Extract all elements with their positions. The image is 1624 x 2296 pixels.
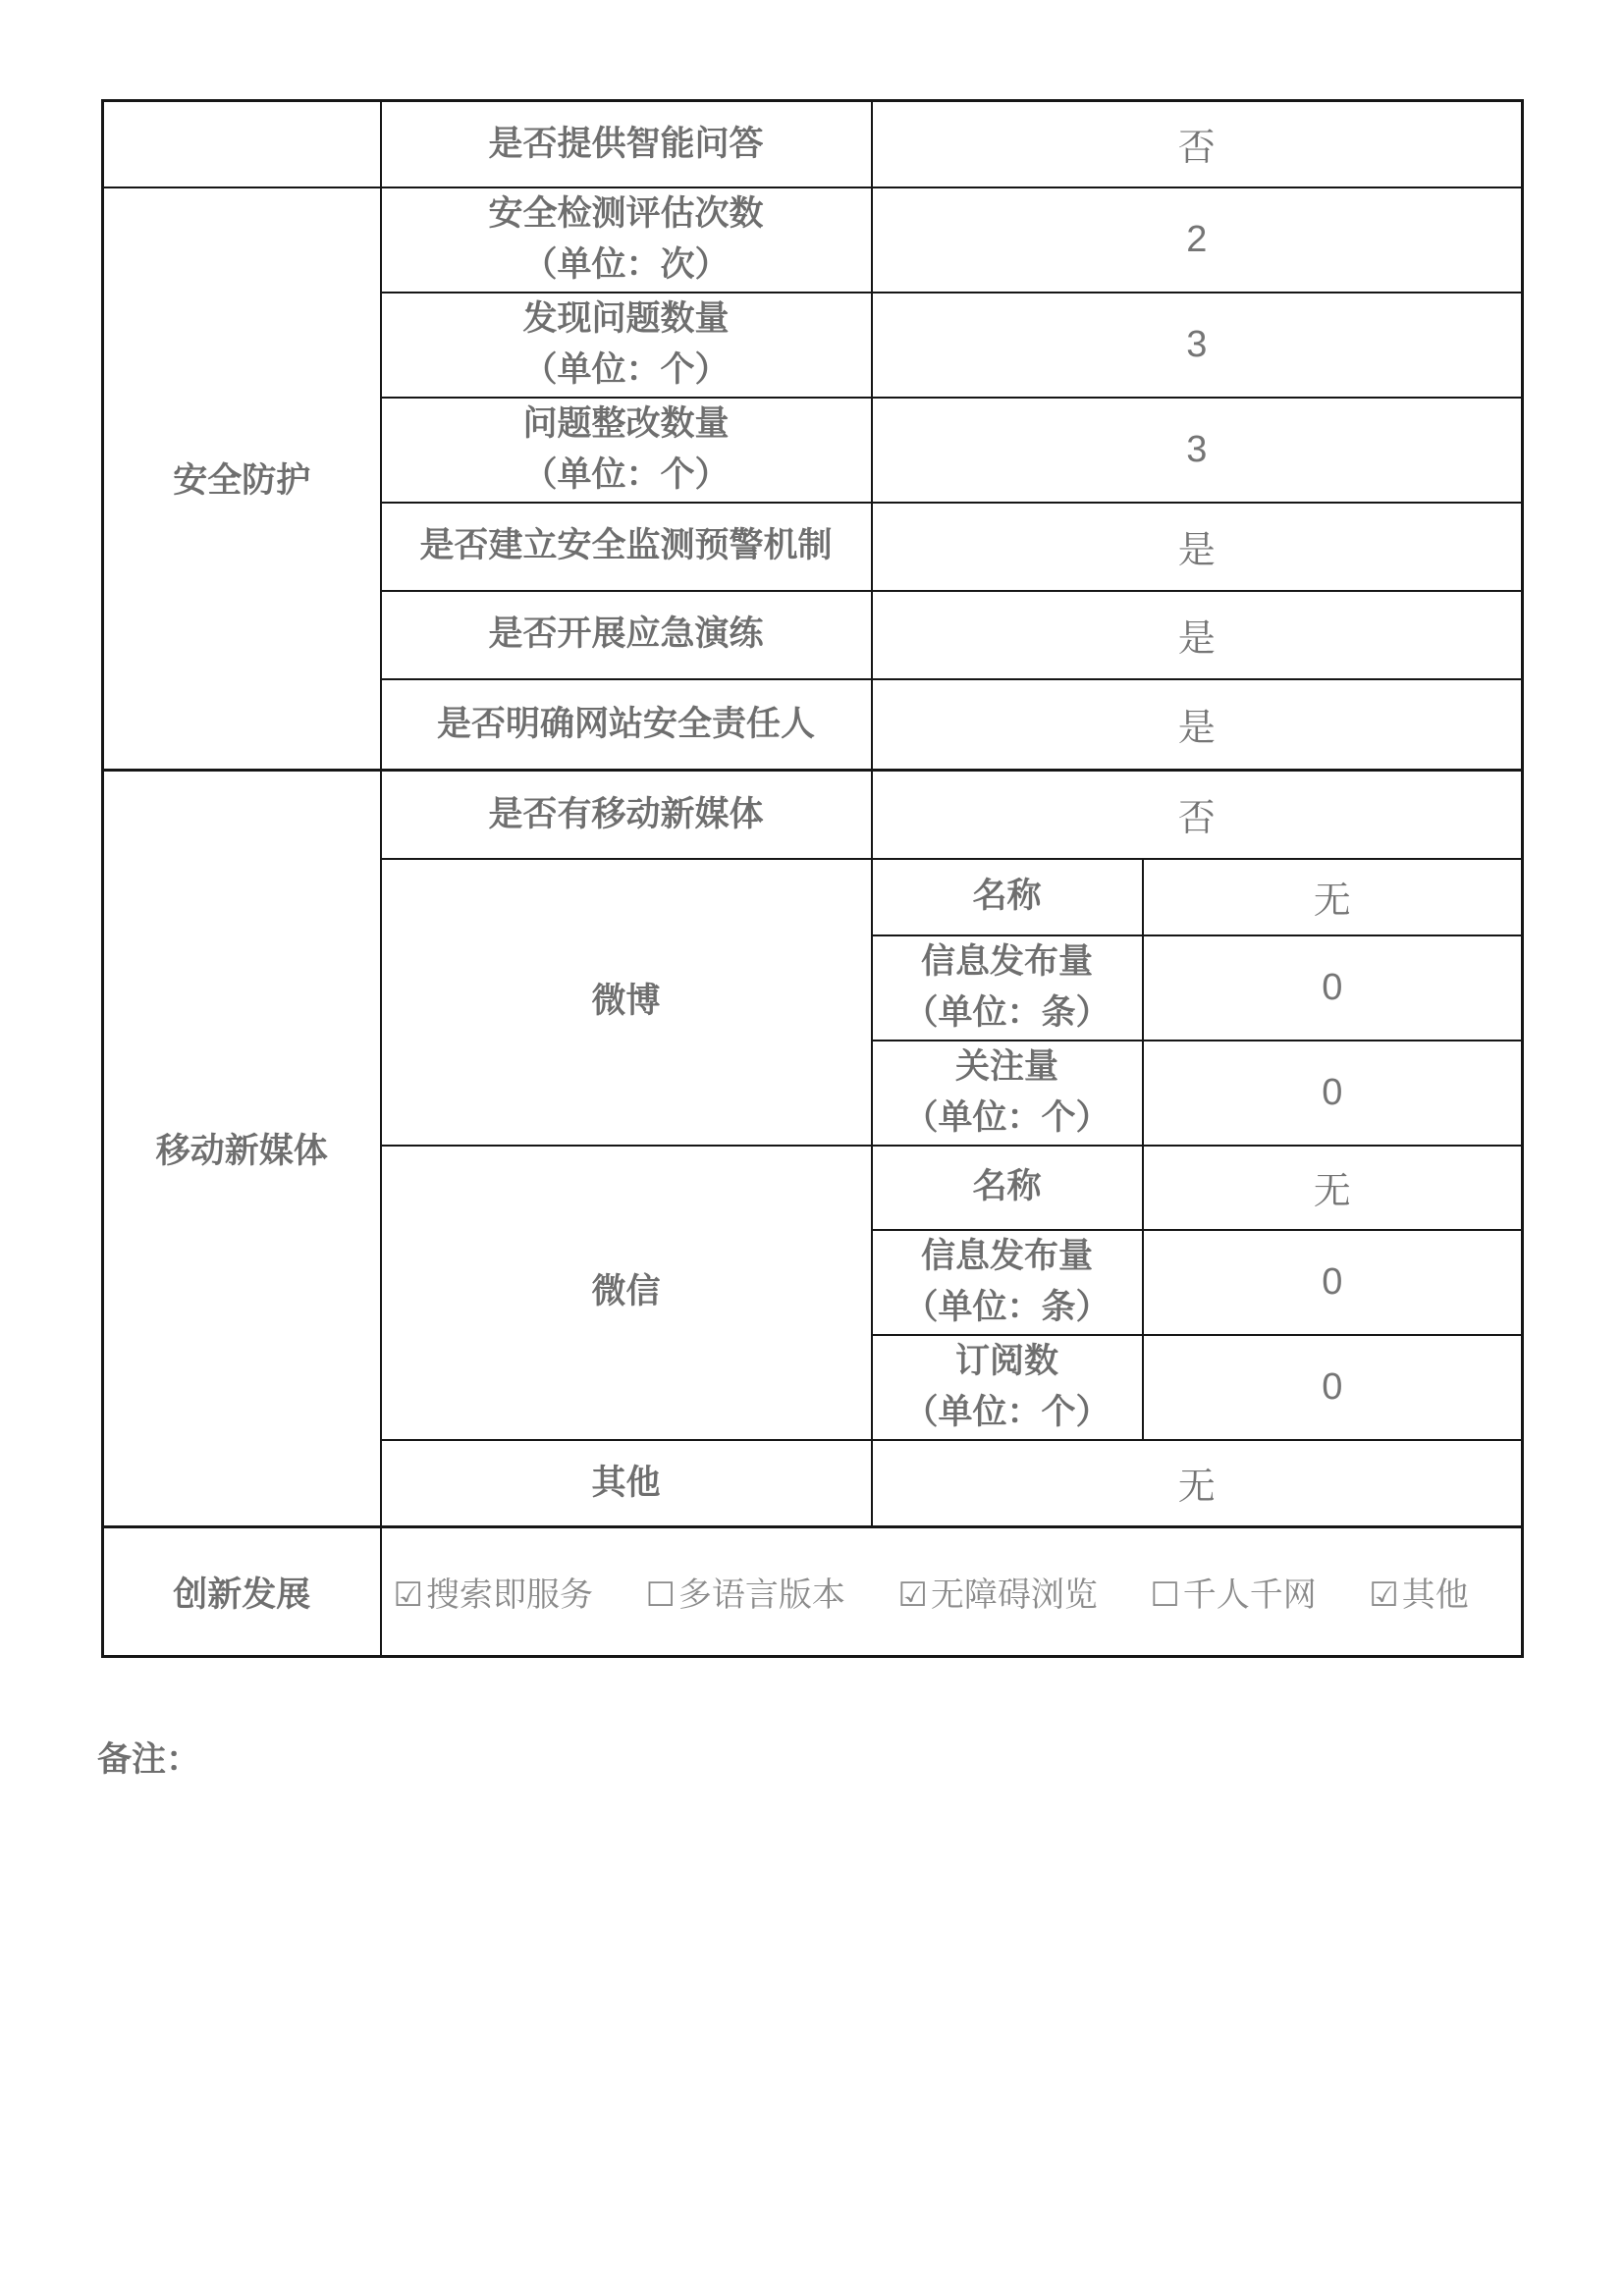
option-accessibility: ☑无障碍浏览 xyxy=(897,1576,1097,1614)
row-value-issues-fixed: 3 xyxy=(872,398,1523,503)
row-value-issues-found: 3 xyxy=(872,293,1523,398)
option-label: 无障碍浏览 xyxy=(931,1576,1098,1614)
checkbox-unchecked-icon: ☐ xyxy=(645,1576,675,1614)
innovation-other-note: 适老化改造 xyxy=(1522,1576,1523,1614)
sub-value-weibo-followers: 0 xyxy=(1143,1041,1523,1146)
sub-value-wechat-subscribers: 0 xyxy=(1143,1335,1523,1440)
annual-report-table: 是否提供智能问答 否 安全防护 安全检测评估次数 （单位：次） 2 发现问题数量… xyxy=(101,99,1524,1658)
remarks-label: 备注： xyxy=(97,1733,200,1782)
option-personalized: ☐千人千网 xyxy=(1150,1576,1316,1614)
row-label-issues-found: 发现问题数量 （单位：个） xyxy=(381,293,872,398)
option-label: 多语言版本 xyxy=(678,1576,845,1614)
row-value-has-mobile: 否 xyxy=(872,771,1523,859)
group-label-innovation: 创新发展 xyxy=(103,1527,381,1657)
sub-value-wechat-name: 无 xyxy=(1143,1146,1523,1230)
row-value-smart-qa: 否 xyxy=(872,101,1523,187)
empty-group-cell xyxy=(103,101,381,187)
sub-label-wechat-name: 名称 xyxy=(872,1146,1143,1230)
row-value-security-officer: 是 xyxy=(872,679,1523,771)
sub-value-weibo-name: 无 xyxy=(1143,859,1523,935)
group-label-mobile-media: 移动新媒体 xyxy=(103,771,381,1527)
row-value-check-count: 2 xyxy=(872,187,1523,293)
row-value-emergency-drill: 是 xyxy=(872,591,1523,679)
sub-group-label-wechat: 微信 xyxy=(381,1146,872,1440)
option-label: 其他 xyxy=(1402,1576,1469,1614)
row-label-check-count: 安全检测评估次数 （单位：次） xyxy=(381,187,872,293)
row-label-has-mobile: 是否有移动新媒体 xyxy=(381,771,872,859)
row-label-issues-fixed: 问题整改数量 （单位：个） xyxy=(381,398,872,503)
option-label: 搜索即服务 xyxy=(426,1576,593,1614)
sub-label-weibo-posts: 信息发布量 （单位：条） xyxy=(872,935,1143,1041)
row-label-smart-qa: 是否提供智能问答 xyxy=(381,101,872,187)
sub-value-weibo-posts: 0 xyxy=(1143,935,1523,1041)
option-search-as-service: ☑搜索即服务 xyxy=(394,1576,593,1614)
sub-value-wechat-posts: 0 xyxy=(1143,1230,1523,1335)
sub-label-wechat-posts: 信息发布量 （单位：条） xyxy=(872,1230,1143,1335)
sub-label-weibo-followers: 关注量 （单位：个） xyxy=(872,1041,1143,1146)
row-value-other-media: 无 xyxy=(872,1440,1523,1527)
option-other: ☑其他 xyxy=(1369,1576,1468,1614)
checkbox-unchecked-icon: ☐ xyxy=(1150,1576,1179,1614)
sub-label-wechat-subscribers: 订阅数 （单位：个） xyxy=(872,1335,1143,1440)
row-value-warning-mechanism: 是 xyxy=(872,503,1523,591)
option-label: 千人千网 xyxy=(1183,1576,1317,1614)
row-label-other-media: 其他 xyxy=(381,1440,872,1527)
row-label-security-officer: 是否明确网站安全责任人 xyxy=(381,679,872,771)
row-label-warning-mechanism: 是否建立安全监测预警机制 xyxy=(381,503,872,591)
sub-group-label-weibo: 微博 xyxy=(381,859,872,1146)
option-multilingual: ☐多语言版本 xyxy=(645,1576,844,1614)
row-label-emergency-drill: 是否开展应急演练 xyxy=(381,591,872,679)
group-label-security: 安全防护 xyxy=(103,187,381,771)
sub-label-weibo-name: 名称 xyxy=(872,859,1143,935)
checkbox-checked-icon: ☑ xyxy=(897,1576,927,1614)
checkbox-checked-icon: ☑ xyxy=(394,1576,423,1614)
innovation-options-cell: ☑搜索即服务 ☐多语言版本 ☑无障碍浏览 ☐千人千网 ☑其他适老化改造 xyxy=(381,1527,1523,1657)
checkbox-checked-icon: ☑ xyxy=(1369,1576,1398,1614)
